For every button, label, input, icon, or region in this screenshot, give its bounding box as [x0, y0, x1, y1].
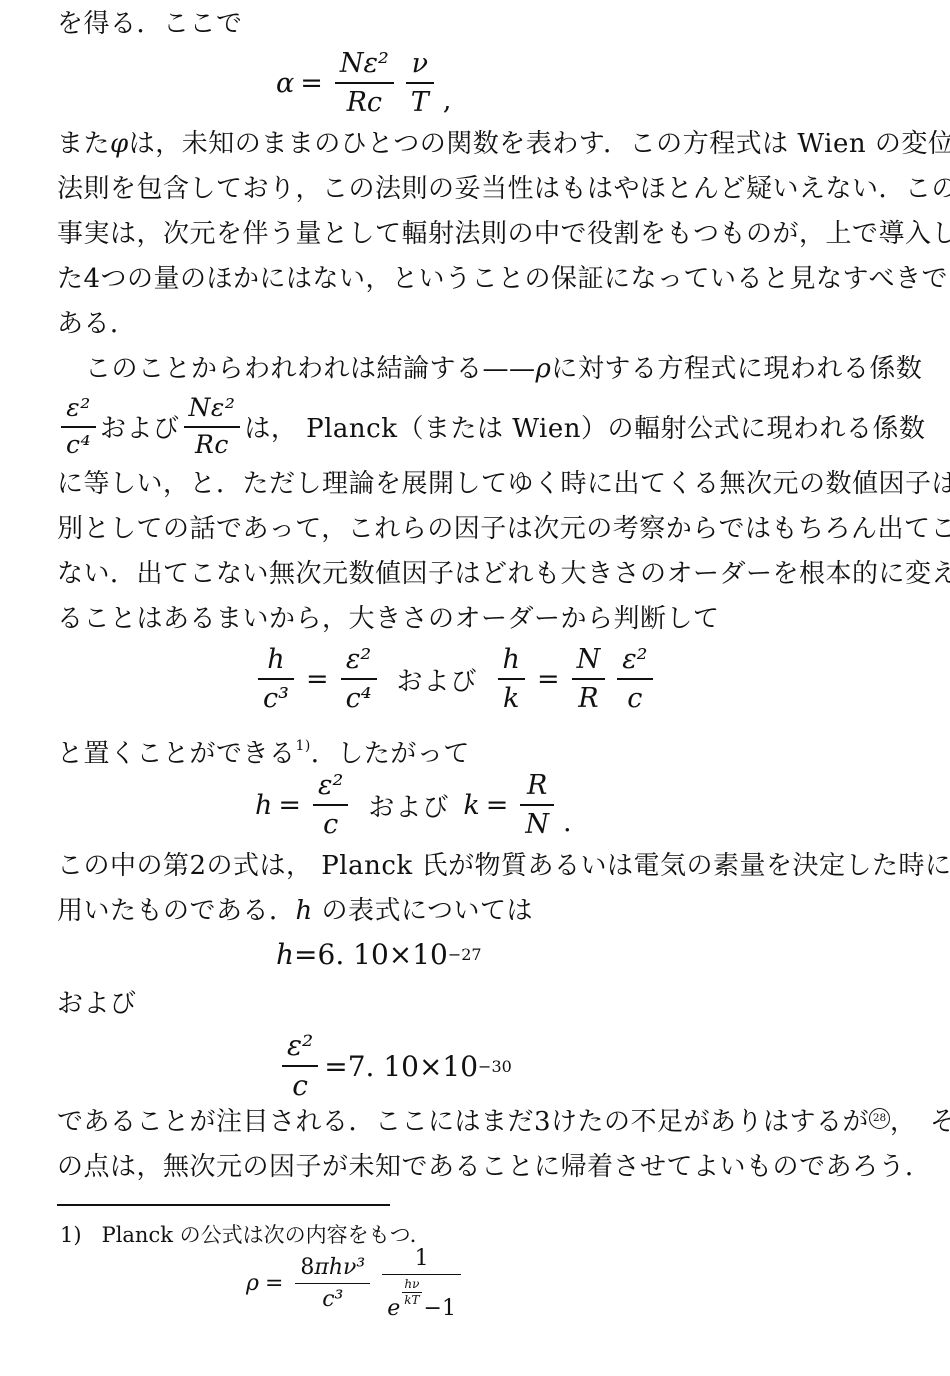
- text-line: ある．: [57, 306, 137, 342]
- fraction-denominator: c: [622, 680, 647, 714]
- math-var-e: e: [387, 1296, 400, 1321]
- fraction-numerator: R: [520, 770, 554, 806]
- fraction-numerator: Nε²: [335, 48, 394, 84]
- text-line: このことからわれわれは結論する——ρに対する方程式に現われる係数: [85, 351, 922, 387]
- text-run: と置くことができる: [57, 739, 296, 769]
- text-line: および: [57, 986, 137, 1022]
- fraction-numerator: ε²: [617, 644, 652, 680]
- fraction-numerator: Nε²: [184, 394, 241, 428]
- fraction-denominator: c: [287, 1067, 313, 1102]
- circled-reference-number: 28: [869, 1108, 890, 1129]
- fraction: 1 e hν kT −1: [382, 1246, 461, 1322]
- fraction-numerator: ν: [406, 48, 434, 84]
- fraction: 8πhν³ c³: [295, 1255, 370, 1313]
- fraction: Nε² Rc: [184, 394, 241, 460]
- text-run-conjunction: および: [368, 787, 449, 824]
- math-exponent: −30: [478, 1057, 512, 1076]
- text-line: た4つの量のほかにはない，ということの保証になっていると見なすべきで: [57, 261, 948, 297]
- equals-sign: =: [486, 790, 509, 821]
- text-line: 事実は，次元を伴う量として輻射法則の中で役割をもつものが，上で導入し: [57, 216, 950, 252]
- math-value: =7. 10×10: [324, 1050, 478, 1083]
- fraction-denominator: e hν kT −1: [382, 1275, 461, 1321]
- fraction-denominator: R: [573, 680, 603, 714]
- text-run: および: [100, 408, 180, 445]
- text-line: 法則を包含しており，この法則の妥当性はもはやほとんど疑いえない．この: [57, 171, 950, 207]
- math-var-h: h: [255, 790, 272, 821]
- fraction: ε² c: [313, 770, 348, 840]
- text-run-conjunction: および: [397, 661, 478, 698]
- fraction-denominator: c³: [317, 1284, 348, 1312]
- fraction-numerator: hν: [402, 1278, 421, 1293]
- equals-sign: =: [306, 664, 329, 695]
- fraction: h c³: [258, 644, 294, 714]
- text-run: は，未知のままのひとつの関数を表わす．この方程式は Wien の変位: [129, 129, 950, 159]
- fraction-numerator: ε²: [282, 1030, 318, 1067]
- text-run: また: [57, 129, 110, 159]
- formula-period: .: [563, 807, 572, 840]
- text-line-intro: を得る．ここで: [57, 6, 243, 42]
- fraction: ν T: [406, 48, 434, 118]
- fraction: ε² c⁴: [341, 644, 377, 714]
- footnote-label: 1): [60, 1223, 82, 1247]
- text-line: であることが注目される．ここにはまだ3けたの不足がありはするが28， そ: [57, 1104, 950, 1140]
- fraction: ε² c: [282, 1030, 318, 1102]
- equals-sign: =: [278, 790, 301, 821]
- text-run: の表式については: [313, 896, 533, 926]
- footnote-marker: 1): [296, 738, 311, 754]
- math-var-rho: ρ: [246, 1271, 259, 1296]
- text-run: であることが注目される．ここにはまだ3けたの不足がありはするが: [57, 1107, 869, 1137]
- fraction-numerator: ε²: [313, 770, 348, 806]
- math-var-phi: φ: [110, 129, 129, 159]
- display-formula-dimensional: h c³ = ε² c⁴ および h k = N R ε² c: [252, 644, 659, 714]
- display-formula-eps-value: ε² c =7. 10×10−30: [276, 1030, 512, 1102]
- fraction-denominator: Rc: [190, 428, 234, 460]
- text-line: と置くことができる1)．したがって: [57, 728, 470, 772]
- footnote-formula-planck: ρ = 8πhν³ c³ 1 e hν kT −1: [246, 1246, 467, 1322]
- fraction-denominator: c⁴: [61, 428, 96, 460]
- display-formula-hk: h = ε² c および k = R N .: [255, 770, 572, 840]
- fraction: N R: [572, 644, 606, 714]
- fraction-denominator: c: [318, 806, 343, 840]
- math-var-h: h: [276, 938, 294, 971]
- text-line: またφは，未知のままのひとつの関数を表わす．この方程式は Wien の変位: [57, 126, 950, 162]
- math-var-rho: ρ: [536, 354, 552, 384]
- footnote-divider: [57, 1204, 390, 1206]
- equals-sign: =: [537, 664, 560, 695]
- display-formula-alpha: α = Nε² Rc ν T ,: [276, 48, 451, 118]
- math-var-k: k: [463, 790, 479, 821]
- fraction-denominator: N: [520, 806, 554, 840]
- fraction-numerator: 1: [382, 1246, 461, 1275]
- text-run: は， Planck（または Wien）の輻射公式に現われる係数: [244, 408, 925, 445]
- fraction: ε² c: [617, 644, 652, 714]
- exponential-expression: e hν kT −1: [387, 1278, 456, 1321]
- text-line: 別としての話であって，これらの因子は次元の考察からではもちろん出てこ: [57, 511, 950, 547]
- text-line: ない．出てこない無次元数値因子はどれも大きさのオーダーを根本的に変え: [57, 556, 950, 592]
- math-exponent: −27: [448, 945, 482, 964]
- fraction-denominator: c³: [258, 680, 294, 714]
- fraction-numerator: h: [498, 644, 525, 680]
- fraction-denominator: k: [498, 680, 524, 714]
- math-minus-one: −1: [424, 1296, 456, 1321]
- text-line: ることはあるまいから，大きさのオーダーから判断して: [57, 601, 720, 637]
- math-var-alpha: α: [276, 68, 294, 99]
- fraction-denominator: Rc: [342, 84, 387, 118]
- fraction-denominator: T: [406, 84, 434, 118]
- text-run: このことからわれわれは結論する——: [85, 354, 536, 384]
- fraction: ε² c⁴: [61, 394, 96, 460]
- math-vars: πhν³: [314, 1255, 365, 1280]
- text-line-inline-fractions: ε² c⁴ および Nε² Rc は， Planck（または Wien）の輻射公…: [57, 394, 925, 460]
- fraction-numerator: ε²: [341, 644, 377, 680]
- math-value: =6. 10×10: [294, 938, 448, 971]
- text-line: この中の第2の式は， Planck 氏が物質あるいは電気の素量を決定した時に: [57, 848, 950, 884]
- text-run: ．したがって: [311, 739, 470, 769]
- fraction-numerator: N: [572, 644, 606, 680]
- display-formula-h-value: h=6. 10×10−27: [276, 938, 482, 971]
- fraction-denominator: c⁴: [341, 680, 377, 714]
- math-coef: 8: [300, 1255, 314, 1280]
- text-line: の点は，無次元の因子が未知であることに帰着させてよいものであろう．: [57, 1149, 932, 1185]
- fraction-numerator: h: [258, 644, 294, 680]
- text-line: 用いたものである．h の表式については: [57, 893, 533, 929]
- fraction-numerator: 8πhν³: [295, 1255, 370, 1284]
- text-run: ， そ: [890, 1107, 950, 1137]
- document-page: を得る．ここで α = Nε² Rc ν T , またφは，未知のままのひとつの…: [0, 0, 950, 1376]
- fraction: R N: [520, 770, 554, 840]
- fraction-numerator: ε²: [61, 394, 96, 428]
- text-run: に対する方程式に現われる係数: [551, 354, 922, 384]
- fraction: h k: [498, 644, 525, 714]
- text-line: に等しい，と．ただし理論を展開してゆく時に出てくる無次元の数値因子は: [57, 466, 950, 502]
- equals-sign: =: [300, 68, 323, 99]
- text-run: 用いたものである．: [57, 896, 296, 926]
- exponent-fraction: hν kT: [402, 1278, 421, 1307]
- equals-sign: =: [265, 1271, 283, 1296]
- math-var-h: h: [296, 896, 313, 926]
- text-run: Planck の公式は次の内容をもつ．: [102, 1223, 431, 1247]
- formula-comma: ,: [443, 85, 452, 118]
- fraction-denominator: kT: [402, 1293, 421, 1307]
- fraction: Nε² Rc: [335, 48, 394, 118]
